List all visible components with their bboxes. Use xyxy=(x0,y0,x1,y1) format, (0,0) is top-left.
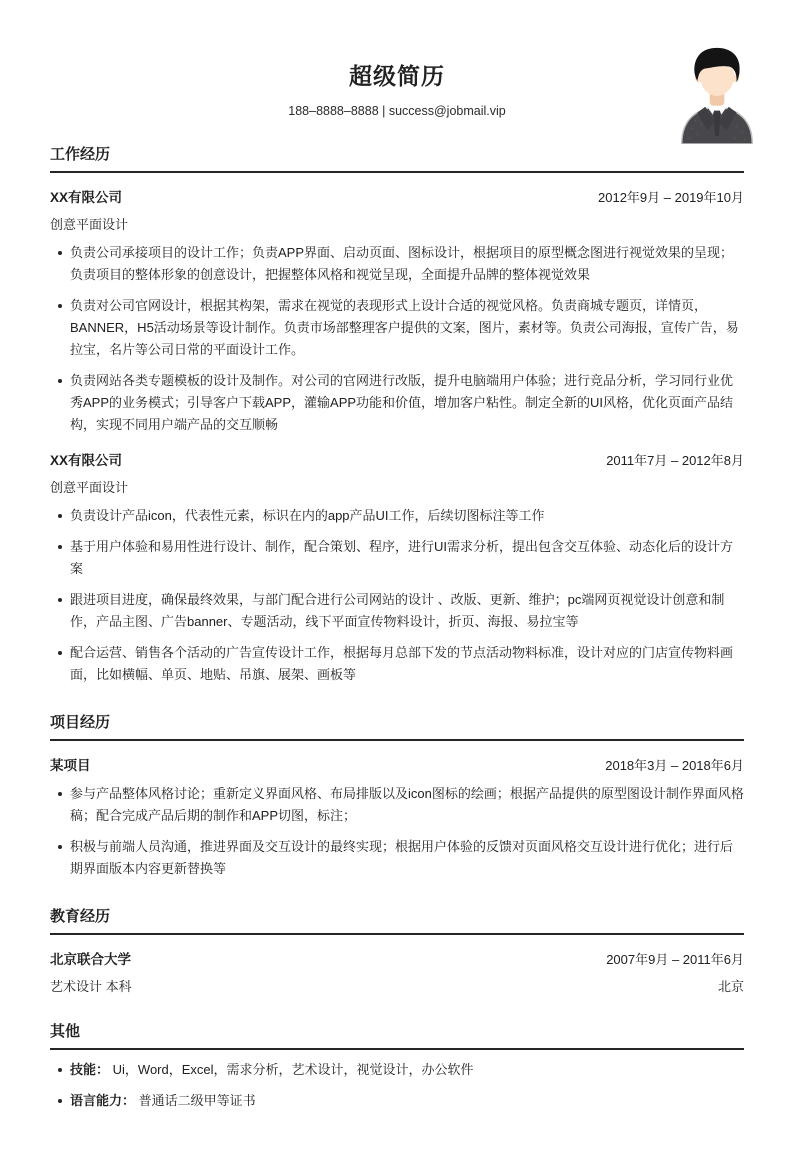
job-title-text: 创意平面设计 xyxy=(50,214,128,233)
language-label: 语言能力： xyxy=(70,1093,135,1108)
work-entry-head: XX有限公司 2012年9月 – 2019年10月 xyxy=(50,186,744,206)
work-entry: XX有限公司 2012年9月 – 2019年10月 创意平面设计 负责公司承接项… xyxy=(50,186,744,436)
education-entry-head: 北京联合大学 2007年9月 – 2011年6月 xyxy=(50,948,744,968)
bullet-item: 参与产品整体风格讨论；重新定义界面风格、布局排版以及icon图标的绘画；根据产品… xyxy=(70,783,744,827)
section-projects: 项目经历 某项目 2018年3月 – 2018年6月 参与产品整体风格讨论；重新… xyxy=(50,711,744,880)
language-item: 语言能力： 普通话二级甲等证书 xyxy=(70,1090,744,1112)
skills-text: Ui，Word，Excel，需求分析，艺术设计，视觉设计，办公软件 xyxy=(113,1062,474,1077)
section-work: 工作经历 XX有限公司 2012年9月 – 2019年10月 创意平面设计 负责… xyxy=(50,143,744,686)
work-date-range: 2011年7月 – 2012年8月 xyxy=(606,450,744,469)
education-sub-row: 艺术设计 本科 北京 xyxy=(50,976,744,995)
resume-title: 超级简历 xyxy=(50,58,744,91)
section-heading-work: 工作经历 xyxy=(50,143,744,173)
bullet-item: 负责公司承接项目的设计工作；负责APP界面、启动页面、图标设计，根据项目的原型概… xyxy=(70,242,744,286)
male-avatar-icon xyxy=(668,42,766,144)
project-entry-head: 某项目 2018年3月 – 2018年6月 xyxy=(50,754,744,774)
section-heading-education: 教育经历 xyxy=(50,905,744,935)
project-name: 某项目 xyxy=(50,754,91,774)
other-list: 技能： Ui，Word，Excel，需求分析，艺术设计，视觉设计，办公软件 语言… xyxy=(50,1059,744,1112)
bullet-item: 基于用户体验和易用性进行设计、制作，配合策划、程序，进行UI需求分析，提出包含交… xyxy=(70,536,744,580)
section-other: 其他 技能： Ui，Word，Excel，需求分析，艺术设计，视觉设计，办公软件… xyxy=(50,1020,744,1112)
contact-info: 188–8888–8888 | success@jobmail.vip xyxy=(50,104,744,118)
work-entry-head: XX有限公司 2011年7月 – 2012年8月 xyxy=(50,449,744,469)
project-bullet-list: 参与产品整体风格讨论；重新定义界面风格、布局排版以及icon图标的绘画；根据产品… xyxy=(50,783,744,880)
work-bullet-list: 负责公司承接项目的设计工作；负责APP界面、启动页面、图标设计，根据项目的原型概… xyxy=(50,242,744,436)
profile-avatar xyxy=(668,42,766,144)
bullet-item: 积极与前端人员沟通，推进界面及交互设计的最终实现；根据用户体验的反馈对页面风格交… xyxy=(70,836,744,880)
bullet-item: 负责设计产品icon，代表性元素，标识在内的app产品UI工作，后续切图标注等工… xyxy=(70,505,744,527)
language-text: 普通话二级甲等证书 xyxy=(139,1093,256,1108)
job-title: 创意平面设计 xyxy=(50,477,744,496)
job-title: 创意平面设计 xyxy=(50,214,744,233)
resume-page: 超级简历 188–8888–8888 | success@jobmail.vip xyxy=(0,0,794,1172)
school-name: 北京联合大学 xyxy=(50,948,131,968)
bullet-item: 配合运营、销售各个活动的广告宣传设计工作，根据每月总部下发的节点活动物料标准，设… xyxy=(70,642,744,686)
bullet-item: 跟进项目进度，确保最终效果，与部门配合进行公司网站的设计 、改版、更新、维护；p… xyxy=(70,589,744,633)
company-name: XX有限公司 xyxy=(50,186,122,206)
education-location: 北京 xyxy=(718,976,744,995)
education-entry: 北京联合大学 2007年9月 – 2011年6月 艺术设计 本科 北京 xyxy=(50,948,744,995)
company-name: XX有限公司 xyxy=(50,449,122,469)
bullet-item: 负责网站各类专题模板的设计及制作。对公司的官网进行改版，提升电脑端用户体验；进行… xyxy=(70,370,744,436)
skills-item: 技能： Ui，Word，Excel，需求分析，艺术设计，视觉设计，办公软件 xyxy=(70,1059,744,1081)
skills-label: 技能： xyxy=(70,1062,109,1077)
section-heading-projects: 项目经历 xyxy=(50,711,744,741)
work-date-range: 2012年9月 – 2019年10月 xyxy=(598,187,744,206)
education-date-range: 2007年9月 – 2011年6月 xyxy=(606,949,744,968)
work-entry: XX有限公司 2011年7月 – 2012年8月 创意平面设计 负责设计产品ic… xyxy=(50,449,744,686)
section-heading-other: 其他 xyxy=(50,1020,744,1050)
bullet-item: 负责对公司官网设计，根据其构架，需求在视觉的表现形式上设计合适的视觉风格。负责商… xyxy=(70,295,744,361)
project-date-range: 2018年3月 – 2018年6月 xyxy=(605,755,744,774)
work-bullet-list: 负责设计产品icon，代表性元素，标识在内的app产品UI工作，后续切图标注等工… xyxy=(50,505,744,686)
major-degree: 艺术设计 本科 xyxy=(50,976,132,995)
resume-header: 超级简历 188–8888–8888 | success@jobmail.vip xyxy=(50,46,744,118)
project-entry: 某项目 2018年3月 – 2018年6月 参与产品整体风格讨论；重新定义界面风… xyxy=(50,754,744,880)
job-title-text: 创意平面设计 xyxy=(50,477,128,496)
section-education: 教育经历 北京联合大学 2007年9月 – 2011年6月 艺术设计 本科 北京 xyxy=(50,905,744,995)
